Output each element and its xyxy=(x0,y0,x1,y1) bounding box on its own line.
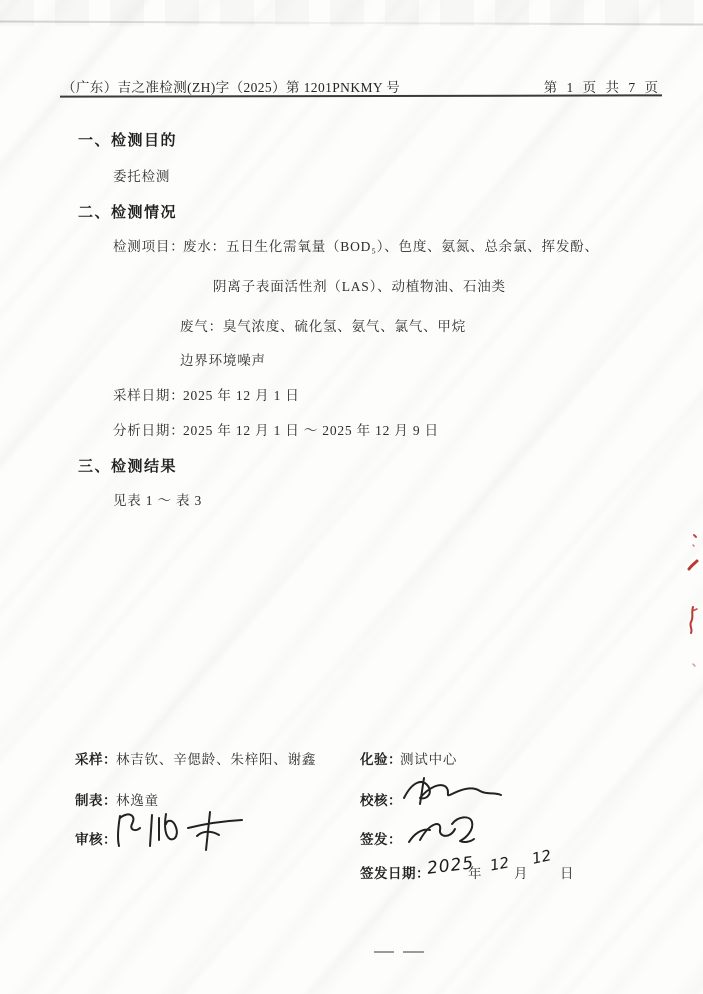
noise-item-line: 边界环境噪声 xyxy=(180,349,266,369)
checker-label: 校核： xyxy=(360,789,402,809)
reviewer-label: 审核： xyxy=(75,828,117,848)
project-items-label: 检测项目： xyxy=(113,235,185,255)
issue-date-label: 签发日期： xyxy=(360,862,430,882)
analysis-date-value: 2025 年 12 月 1 日 ～ 2025 年 12 月 9 日 xyxy=(183,419,439,439)
section3-body: 见表 1 ～ 表 3 xyxy=(113,489,202,509)
section1-title: 一、检测目的 xyxy=(78,129,177,150)
issue-date-day-unit: 日 xyxy=(560,862,574,882)
reviewer-signature xyxy=(112,808,247,854)
issue-date-day-handwritten: 12 xyxy=(530,846,552,868)
wastewater-items-line1: 废水：五日生化需氧量（BOD₅）、色度、氨氮、总余氯、挥发酚、 xyxy=(183,235,599,255)
issue-date-year-unit: 年 xyxy=(468,862,482,882)
issuer-signature xyxy=(404,812,489,852)
lab-label: 化验： xyxy=(360,748,402,768)
red-pen-marks xyxy=(680,525,703,675)
header-rule xyxy=(60,94,662,97)
sampler-names: 林吉钦、辛偲龄、朱梓阳、谢鑫 xyxy=(116,748,316,768)
tabulator-label: 制表： xyxy=(75,789,117,809)
footer-dash-left xyxy=(374,951,394,953)
page-indicator: 第 1 页 共 7 页 xyxy=(544,76,661,96)
tabulator-name: 林逸童 xyxy=(116,789,159,809)
gas-items-line: 废气：臭气浓度、硫化氢、氨气、氯气、甲烷 xyxy=(180,315,466,335)
document-number: （广东）吉之准检测(ZH)字（2025）第 1201PNKMY 号 xyxy=(62,76,400,96)
checker-signature xyxy=(400,774,505,808)
issue-date-month-handwritten: 12 xyxy=(489,853,511,874)
lab-name: 测试中心 xyxy=(400,748,457,768)
analysis-date-label: 分析日期： xyxy=(113,419,185,439)
sampler-label: 采样： xyxy=(75,748,117,768)
footer-dash-right xyxy=(403,951,424,953)
issue-date-month-unit: 月 xyxy=(514,862,528,882)
wastewater-items-line2: 阴离子表面活性剂（LAS）、动植物油、石油类 xyxy=(213,275,506,295)
section2-title: 二、检测情况 xyxy=(78,201,177,222)
scanned-report-page: （广东）吉之准检测(ZH)字（2025）第 1201PNKMY 号 第 1 页 … xyxy=(0,0,703,994)
issuer-label: 签发： xyxy=(360,828,402,848)
section1-body: 委托检测 xyxy=(113,165,170,185)
sampling-date-value: 2025 年 12 月 1 日 xyxy=(183,384,300,404)
sampling-date-label: 采样日期： xyxy=(113,384,185,404)
section3-title: 三、检测结果 xyxy=(78,455,177,476)
